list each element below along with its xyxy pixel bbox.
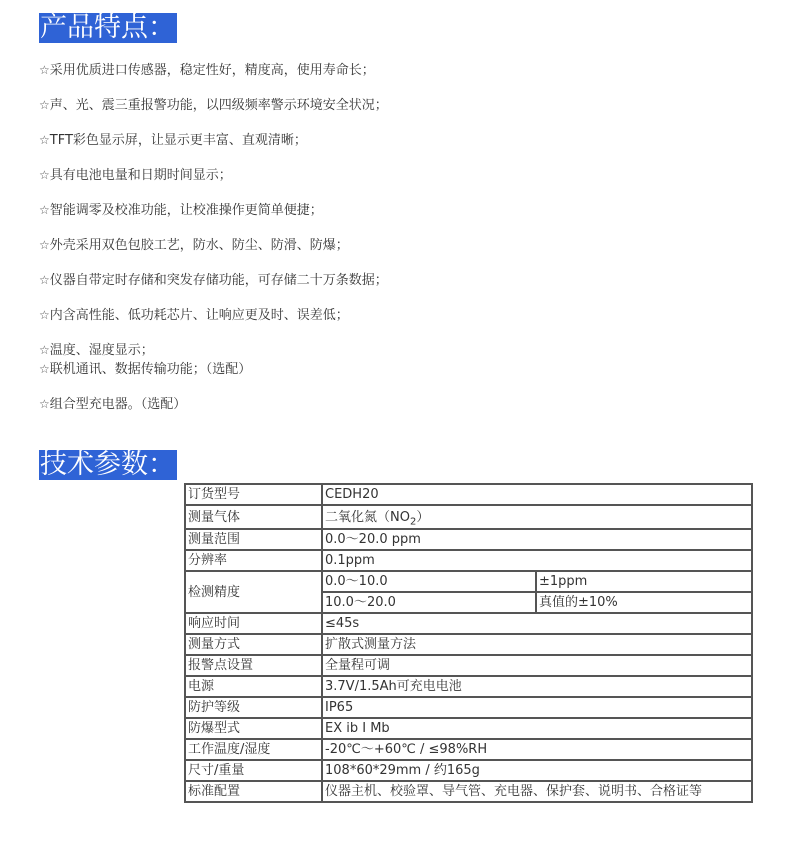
spec-value: IP65 <box>322 697 752 718</box>
spec-subrange: 0.0～10.0 <box>322 571 536 592</box>
spec-label: 尺寸/重量 <box>185 760 322 781</box>
table-row: 检测精度 0.0～10.0 ±1ppm <box>185 571 752 592</box>
feature-item: ☆联机通讯、数据传输功能；（选配） <box>39 359 251 380</box>
spec-value: -20℃～+60℃ / ≤98%RH <box>322 739 752 760</box>
feature-item: ☆声、光、震三重报警功能，以四级频率警示环境安全状况； <box>39 95 388 116</box>
spec-label: 防护等级 <box>185 697 322 718</box>
spec-label: 报警点设置 <box>185 655 322 676</box>
spec-value: 二氧化氮（NO2） <box>322 505 752 529</box>
feature-item: ☆仪器自带定时存储和突发存储功能，可存储二十万条数据； <box>39 270 388 291</box>
spec-label: 分辨率 <box>185 550 322 571</box>
feature-item: ☆智能调零及校准功能，让校准操作更简单便捷； <box>39 200 323 221</box>
feature-item: ☆采用优质进口传感器，稳定性好，精度高，使用寿命长； <box>39 60 375 81</box>
spec-label: 测量气体 <box>185 505 322 529</box>
star-icon: ☆ <box>39 168 50 182</box>
star-icon: ☆ <box>39 397 50 411</box>
spec-label: 订货型号 <box>185 484 322 505</box>
star-icon: ☆ <box>39 133 50 147</box>
spec-label: 防爆型式 <box>185 718 322 739</box>
table-row: 分辨率 0.1ppm <box>185 550 752 571</box>
spec-label: 标准配置 <box>185 781 322 802</box>
feature-item: ☆内含高性能、低功耗芯片、让响应更及时、误差低； <box>39 305 349 326</box>
spec-value: 108*60*29mm / 约165g <box>322 760 752 781</box>
star-icon: ☆ <box>39 308 50 322</box>
table-row: 防爆型式 EX ib Ⅰ Mb <box>185 718 752 739</box>
spec-value: 仪器主机、校验罩、导气管、充电器、保护套、说明书、合格证等 <box>322 781 752 802</box>
star-icon: ☆ <box>39 63 50 77</box>
spec-subrange: 10.0～20.0 <box>322 592 536 613</box>
spec-value: ≤45s <box>322 613 752 634</box>
table-row: 测量气体 二氧化氮（NO2） <box>185 505 752 529</box>
star-icon: ☆ <box>39 362 50 376</box>
spec-label: 电源 <box>185 676 322 697</box>
specs-heading: 技术参数： <box>39 450 177 480</box>
table-row: 报警点设置 全量程可调 <box>185 655 752 676</box>
features-heading: 产品特点： <box>39 13 177 43</box>
star-icon: ☆ <box>39 238 50 252</box>
spec-value: 0.0～20.0 ppm <box>322 529 752 550</box>
spec-label: 测量方式 <box>185 634 322 655</box>
table-row: 响应时间 ≤45s <box>185 613 752 634</box>
table-row: 电源 3.7V/1.5Ah可充电电池 <box>185 676 752 697</box>
spec-label: 检测精度 <box>185 571 322 613</box>
spec-value: 全量程可调 <box>322 655 752 676</box>
star-icon: ☆ <box>39 343 50 357</box>
table-row: 防护等级 IP65 <box>185 697 752 718</box>
spec-value: 0.1ppm <box>322 550 752 571</box>
feature-item: ☆温度、湿度显示； <box>39 340 154 361</box>
table-row: 尺寸/重量 108*60*29mm / 约165g <box>185 760 752 781</box>
spec-label: 测量范围 <box>185 529 322 550</box>
spec-label: 工作温度/湿度 <box>185 739 322 760</box>
spec-value: 3.7V/1.5Ah可充电电池 <box>322 676 752 697</box>
table-row: 标准配置 仪器主机、校验罩、导气管、充电器、保护套、说明书、合格证等 <box>185 781 752 802</box>
specs-table: 订货型号 CEDH20 测量气体 二氧化氮（NO2） 测量范围 0.0～20.0… <box>184 483 753 803</box>
star-icon: ☆ <box>39 203 50 217</box>
feature-item: ☆具有电池电量和日期时间显示； <box>39 165 232 186</box>
spec-value: ±1ppm <box>536 571 752 592</box>
star-icon: ☆ <box>39 98 50 112</box>
feature-item: ☆TFT彩色显示屏，让显示更丰富、直观清晰； <box>39 130 307 151</box>
star-icon: ☆ <box>39 273 50 287</box>
spec-label: 响应时间 <box>185 613 322 634</box>
spec-value: CEDH20 <box>322 484 752 505</box>
feature-item: ☆外壳采用双色包胶工艺，防水、防尘、防滑、防爆； <box>39 235 349 256</box>
table-row: 订货型号 CEDH20 <box>185 484 752 505</box>
spec-value: EX ib Ⅰ Mb <box>322 718 752 739</box>
feature-item: ☆组合型充电器。（选配） <box>39 394 186 415</box>
table-row: 测量方式 扩散式测量方法 <box>185 634 752 655</box>
table-row: 测量范围 0.0～20.0 ppm <box>185 529 752 550</box>
spec-value: 真值的±10% <box>536 592 752 613</box>
table-row: 工作温度/湿度 -20℃～+60℃ / ≤98%RH <box>185 739 752 760</box>
spec-value: 扩散式测量方法 <box>322 634 752 655</box>
